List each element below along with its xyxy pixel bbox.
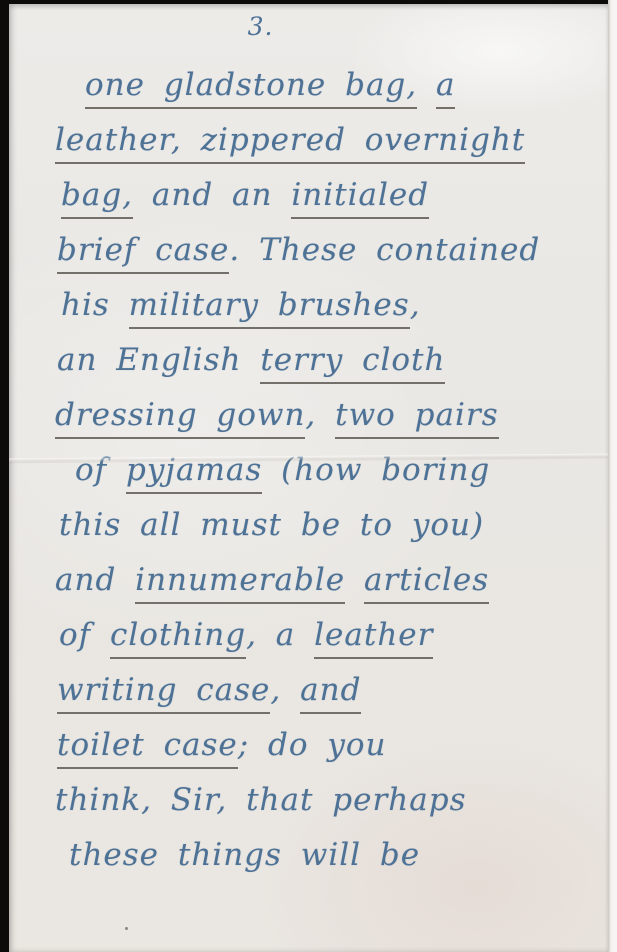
handwritten-line: leather, zippered overnight (55, 113, 588, 168)
text-segment: and an (133, 177, 291, 213)
underlined-phrase: initialed (291, 177, 429, 219)
handwritten-line: toilet case; do you (57, 718, 588, 773)
text-segment: . These contained (229, 232, 540, 268)
text-segment: think, Sir, that perhaps (55, 782, 467, 818)
underlined-phrase: two pairs (335, 397, 498, 439)
text-segment: , (305, 397, 335, 433)
underlined-phrase: articles (364, 562, 489, 604)
handwritten-line: and innumerable articles (55, 553, 588, 608)
underlined-phrase: innumerable (135, 562, 345, 604)
underlined-phrase: and (300, 672, 361, 714)
text-segment: and (55, 562, 135, 598)
handwritten-line: bag, and an initialed (61, 168, 588, 223)
underlined-phrase: a (436, 67, 455, 109)
text-segment: these things will be (69, 837, 420, 873)
underlined-phrase: leather, zippered overnight (55, 122, 525, 164)
page-number: 3. (0, 12, 560, 41)
handwritten-line: writing case, and (57, 663, 588, 718)
scanned-letter-page: 3. one gladstone bag, aleather, zippered… (0, 0, 617, 952)
underlined-phrase: terry cloth (260, 342, 445, 384)
text-segment (417, 67, 436, 103)
text-segment: his (61, 287, 129, 323)
handwritten-line: of clothing, a leather (59, 608, 588, 663)
handwritten-line: this all must be to you) (59, 498, 588, 553)
text-segment: of (59, 617, 110, 653)
underlined-phrase: clothing (110, 617, 246, 659)
text-segment (345, 562, 364, 598)
handwritten-line: of pyjamas (how boring (75, 443, 588, 498)
text-segment: , (410, 287, 421, 323)
underlined-phrase: toilet case (57, 727, 238, 769)
handwritten-line: his military brushes, (61, 278, 588, 333)
underlined-phrase: writing case (57, 672, 270, 714)
text-segment: this all must be to you) (59, 507, 484, 543)
handwritten-line: an English terry cloth (57, 333, 588, 388)
underlined-phrase: military brushes (129, 287, 410, 329)
ink-speck (125, 927, 128, 930)
text-segment: an English (57, 342, 260, 378)
underlined-phrase: bag, (61, 177, 133, 219)
underlined-phrase: one gladstone bag, (85, 67, 417, 109)
handwritten-line: brief case. These contained (57, 223, 588, 278)
text-segment: ; do you (238, 727, 387, 763)
underlined-phrase: brief case (57, 232, 229, 274)
handwritten-line: these things will be (69, 828, 588, 883)
paper: 3. one gladstone bag, aleather, zippered… (9, 4, 608, 952)
handwritten-line: one gladstone bag, a (85, 58, 588, 113)
underlined-phrase: dressing gown (55, 397, 305, 439)
underlined-phrase: leather (314, 617, 433, 659)
text-segment: , a (246, 617, 314, 653)
text-block: one gladstone bag, aleather, zippered ov… (55, 58, 588, 883)
scan-right-edge (608, 0, 617, 952)
text-segment: , (270, 672, 300, 708)
handwritten-line: think, Sir, that perhaps (55, 773, 588, 828)
handwritten-line: dressing gown, two pairs (55, 388, 588, 443)
